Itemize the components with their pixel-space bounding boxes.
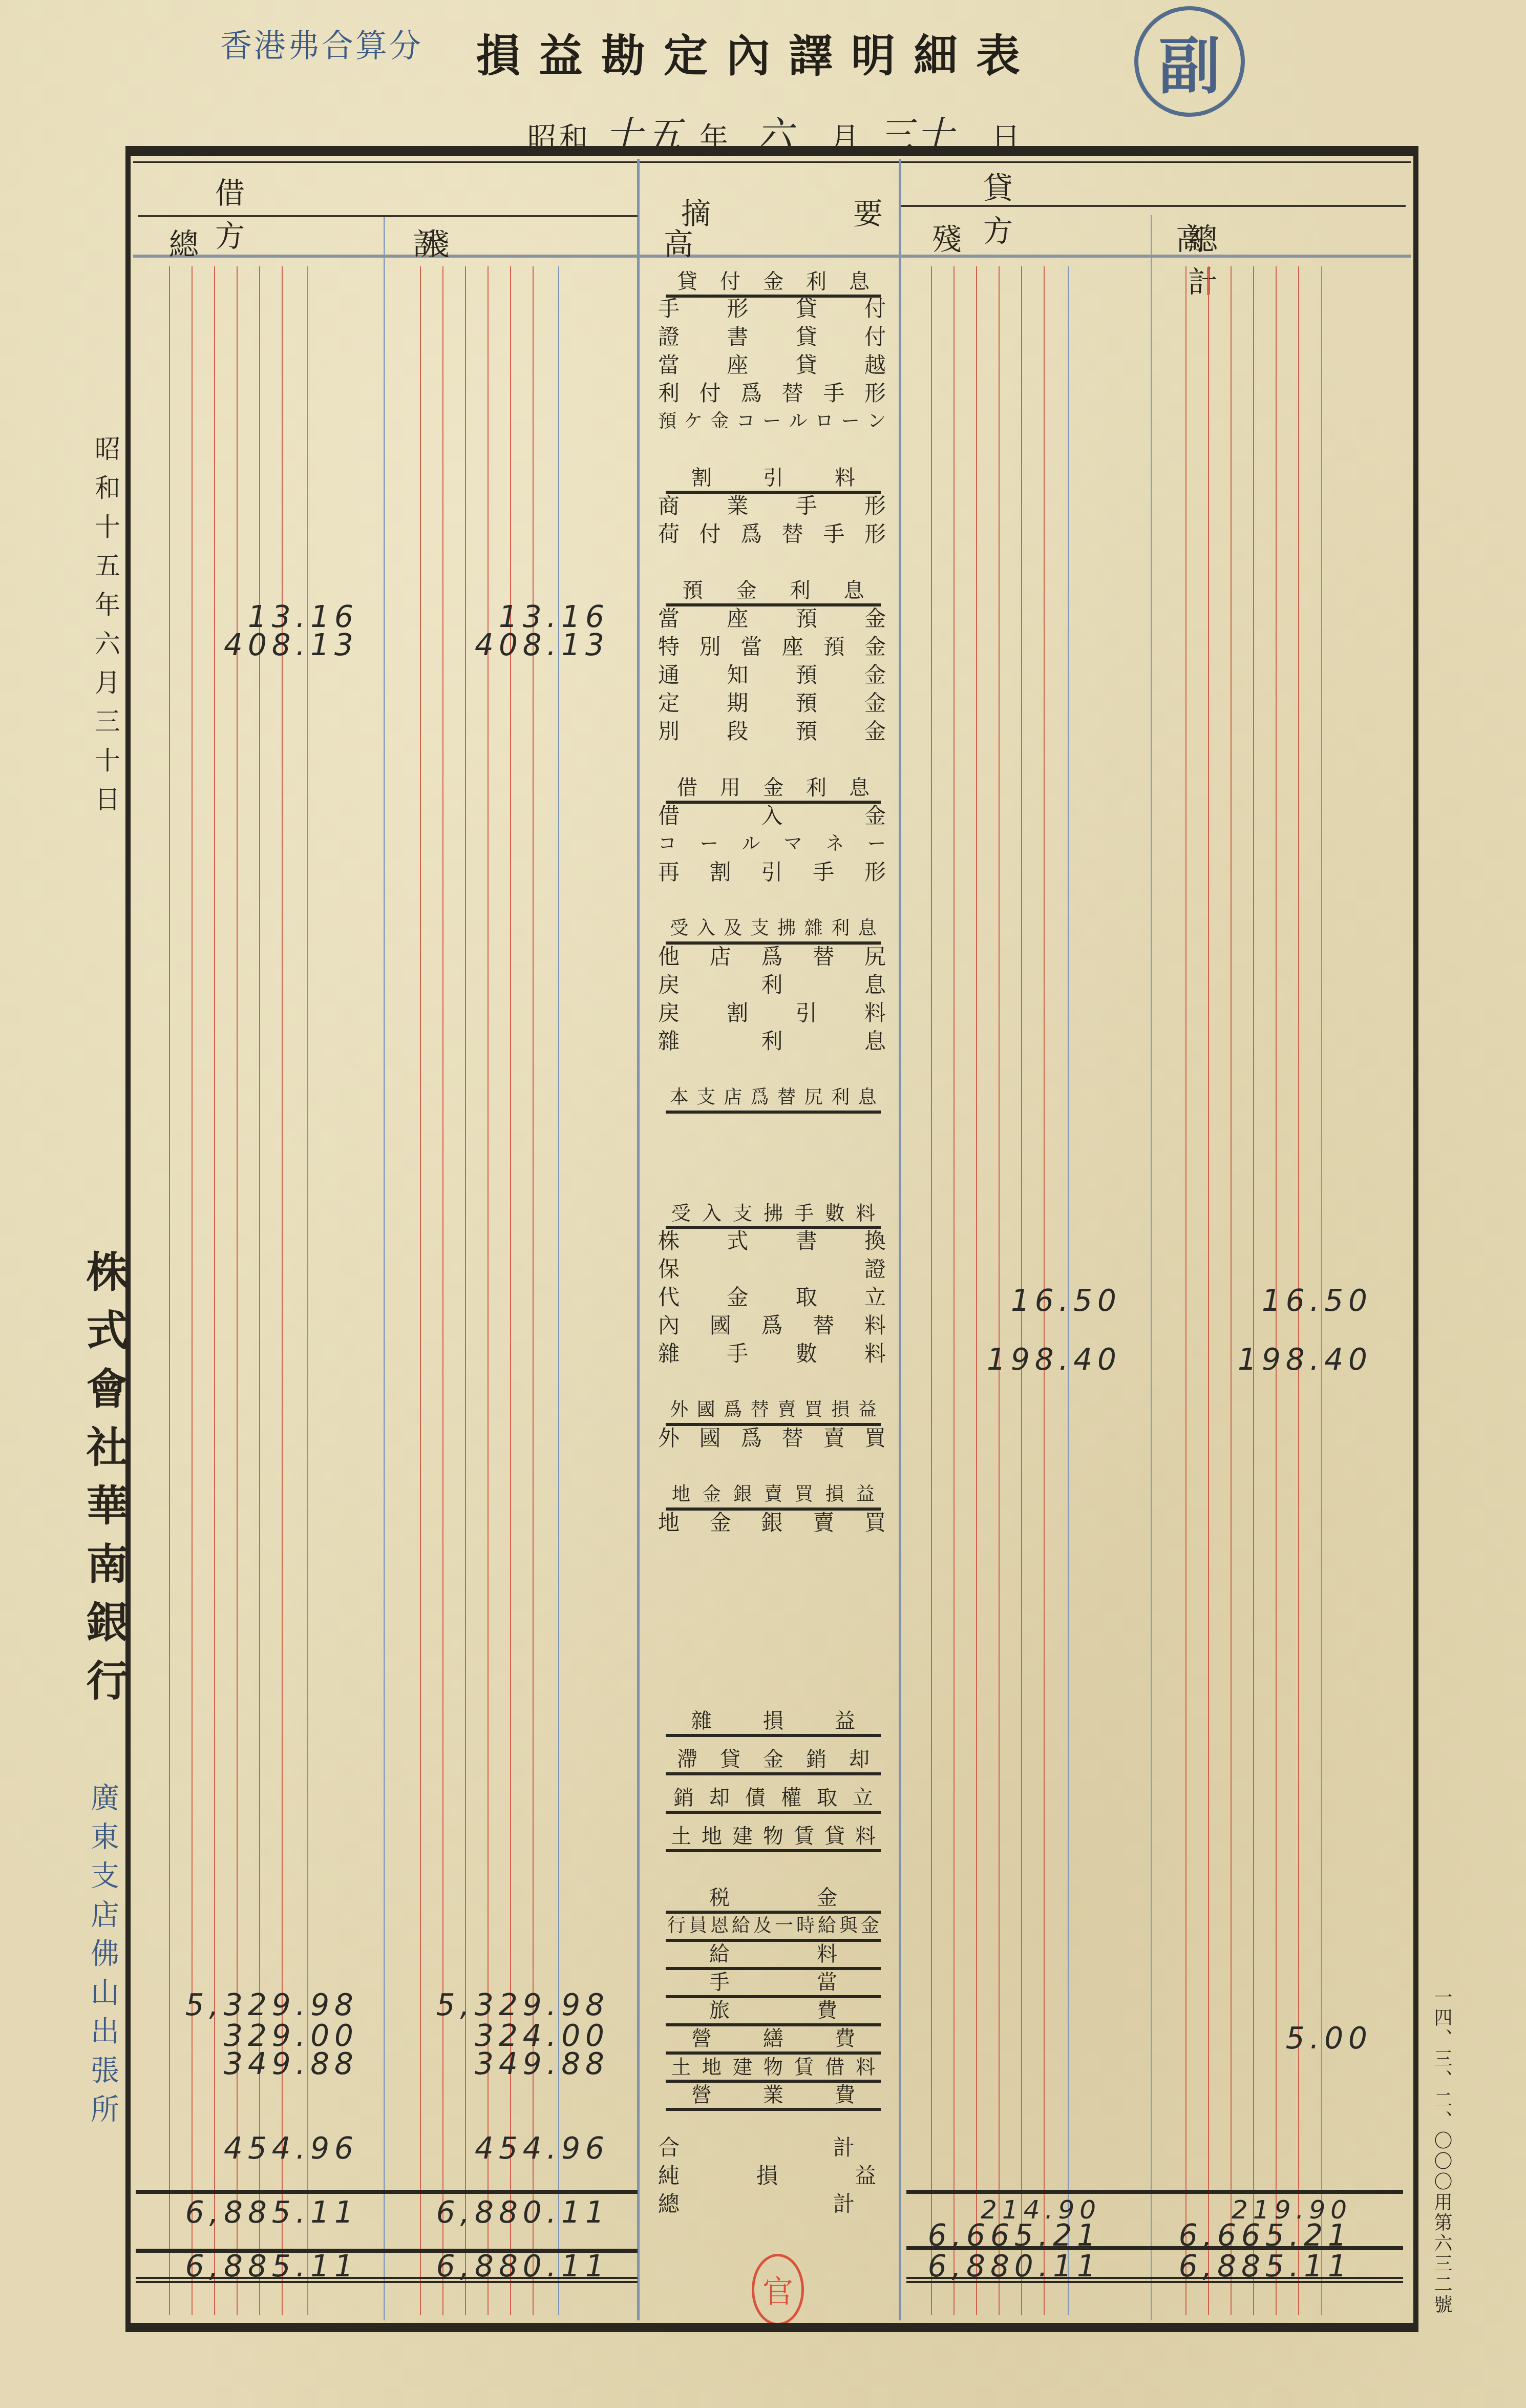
page-title: 損益勘定內譯明細表 [476,20,1038,84]
section-bullion-pl: 地金銀賣買損益 [666,1482,881,1511]
amount-debit-balance: 349.88 [435,2046,609,2081]
subtotal-rule-debit [136,2190,638,2194]
row-documentary-bills: 荷付爲替手形 [658,521,886,547]
row-other-branch-exchange: 他店爲替尻 [658,944,886,970]
section-forex-pl: 外國爲替賣買損益 [666,1397,881,1426]
credit-total-header: 總 計 [1188,215,1526,301]
row-rent-income: 土地建物賃貸料 [666,1824,881,1852]
section-deposit-interest: 預金利息 [666,578,881,606]
row-bill-loans: 手形貸付 [658,296,886,322]
row-misc-interest: 雜利息 [658,1029,886,1054]
amount-credit-total: 198.40 [1198,1342,1372,1377]
section-loan-interest: 貸付金利息 [666,269,881,298]
row-special-current-deposits: 特別當座預金 [658,634,886,660]
grand-total-credit-balance: 6,880.11 [922,2249,1101,2284]
row-domestic-exchange: 內國爲替料 [658,1313,886,1338]
row-taxes: 税金 [666,1885,881,1914]
amount-credit-balance: 198.40 [947,1342,1121,1377]
amount-debit-total: 5,329.98 [184,1987,358,2022]
subtotal-rule-credit [906,2190,1403,2194]
subtotal-debit-total: 6,885.11 [184,2195,358,2230]
branch-name: 廣東支店佛山出張所 [82,1783,123,2133]
divider-debit-total [384,215,385,2320]
row-deed-loans: 證書貸付 [658,324,886,350]
grand-total-debit-balance: 6,880.11 [435,2249,609,2284]
rule [1185,266,1186,2315]
row-overdrafts: 當座貸越 [658,352,886,378]
row-call-money: コールマネー [658,831,886,857]
amount-debit-total: 408.13 [184,627,358,662]
amount-debit-total: 349.88 [184,2046,358,2081]
ledger-subtitle-handwritten: 香港弗合算分 [220,20,423,66]
rule [169,266,170,2315]
top-rule [125,146,1418,153]
amount-credit-balance: 16.50 [947,1283,1121,1318]
left-margin-date: 昭和十五年六月三十日 [87,435,124,825]
row-bad-debt-writeoff: 滯貸金銷却 [666,1747,881,1775]
grand-total-credit-total: 6,885.11 [1173,2249,1352,2284]
row-misc-pl: 雜損益 [666,1708,881,1737]
top-inner-rule [133,161,1411,163]
row-commercial-bills: 商業手形 [658,493,886,519]
row-rediscount-bills: 再割引手形 [658,860,886,885]
amount-debit-balance: 5,329.98 [435,1987,609,2022]
row-interest-bills: 利付爲替手形 [658,381,886,406]
red-seal: 官 [752,2254,804,2326]
section-discount: 割引料 [666,465,881,494]
divider-desc-credit [899,159,901,2320]
subtotal-debit-balance: 6,880.11 [435,2195,609,2230]
row-share-transfer: 株式書換 [658,1228,886,1254]
section-borrowing-interest: 借用金利息 [666,775,881,804]
row-repairs: 營繕費 [666,2026,881,2055]
row-operating-expenses: 營業費 [666,2082,881,2111]
row-notice-deposits: 通知預金 [658,662,886,688]
row-net-pl-label: 純損益 [658,2163,886,2189]
row-refund-interest: 戻利息 [658,972,886,998]
row-refund-discount: 戻割引料 [658,1000,886,1026]
row-travel: 旅費 [666,1998,881,2026]
row-bullion-trading: 地金銀賣買 [658,1510,886,1536]
amount-debit-total: 454.96 [184,2131,358,2166]
row-subtotal-label: 合計 [658,2135,886,2161]
row-allowances: 手當 [666,1970,881,1998]
debit-balance-header: 殘 高 [420,220,786,263]
net-pl-credit-balance: 6,665.21 [922,2218,1101,2253]
row-guarantee: 保證 [658,1257,886,1282]
divider-credit-balance [1151,215,1152,2320]
grand-total-debit-total: 6,885.11 [184,2249,358,2284]
row-collection: 代金取立 [658,1285,886,1310]
amount-debit-balance: 454.96 [435,2131,609,2166]
row-misc-commissions: 雜手數料 [658,1341,886,1367]
row-fixed-deposits: 定期預金 [658,690,886,716]
row-call-loans: 預ケ金コールローン [658,409,886,434]
amount-debit-balance: 408.13 [435,627,609,662]
row-current-deposits: 當座預金 [658,606,886,632]
section-commissions: 受入支拂手數料 [666,1200,881,1229]
row-forex-trading: 外國爲替賣買 [658,1426,886,1451]
row-borrowings: 借入金 [658,803,886,829]
row-grand-total-label: 總計 [658,2191,886,2217]
row-rent-expense: 土地建物賃借料 [666,2054,881,2083]
row-written-off-recovery: 銷却債權取立 [666,1785,881,1814]
bottom-rule [125,2323,1418,2332]
section-misc-interest: 受入及支拂雜利息 [666,916,881,945]
row-special-deposits: 別段預金 [658,719,886,744]
amount-credit-total: 16.50 [1198,1283,1372,1318]
copy-stamp-glyph: 副 [1159,17,1220,106]
form-number: 一四、三、二、〇〇〇用第六三二號 [1429,1987,1455,2315]
net-pl-credit-total: 6,665.21 [1173,2218,1352,2253]
row-pension-bonus: 行員恩給及一時給與金 [666,1913,881,1942]
rule [420,266,421,2315]
row-salaries: 給料 [666,1941,881,1970]
copy-stamp: 副 [1134,6,1245,117]
red-seal-glyph: 官 [762,2268,793,2312]
amount-credit-total: 5.00 [1198,2021,1372,2056]
section-interbranch-interest: 本支店爲替尻利息 [666,1085,881,1114]
rule [931,266,932,2315]
divider-debit-desc [637,159,640,2320]
